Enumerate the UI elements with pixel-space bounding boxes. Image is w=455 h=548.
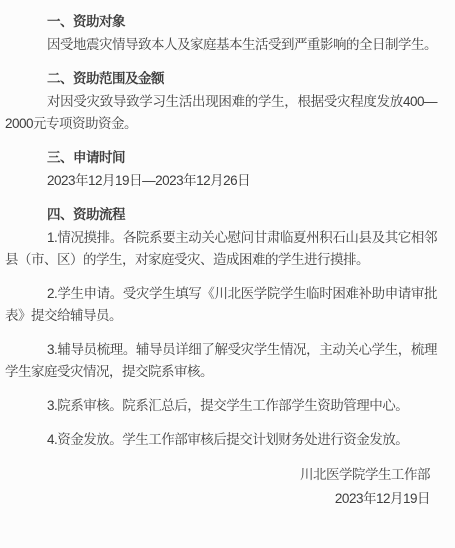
process-step: 1.情况摸排。各院系要主动关心慰问甘肃临夏州积石山县及其它相邻县（市、区）的学生… [5, 227, 437, 271]
section-funding-process: 四、资助流程 1.情况摸排。各院系要主动关心慰问甘肃临夏州积石山县及其它相邻县（… [5, 204, 437, 451]
process-step: 3.辅导员梳理。辅导员详细了解受灾学生情况，主动关心学生，梳理学生家庭受灾情况，… [5, 339, 437, 383]
paragraph: 对因受灾致导致学习生活出现困难的学生，根据受灾程度发放400—2000元专项资助… [5, 91, 437, 135]
signature-date: 2023年12月19日 [5, 487, 430, 511]
section-funding-target: 一、资助对象 因受地震灾情导致本人及家庭基本生活受到严重影响的全日制学生。 [5, 11, 437, 56]
section-heading: 四、资助流程 [5, 204, 437, 226]
process-step: 2.学生申请。受灾学生填写《川北医学院学生临时困难补助申请审批表》提交给辅导员。 [5, 283, 437, 327]
paragraph: 2023年12月19日—2023年12月26日 [5, 170, 437, 192]
notice-document: 一、资助对象 因受地震灾情导致本人及家庭基本生活受到严重影响的全日制学生。 二、… [0, 0, 455, 548]
process-step: 3.院系审核。院系汇总后，提交学生工作部学生资助管理中心。 [5, 395, 437, 417]
paragraph: 因受地震灾情导致本人及家庭基本生活受到严重影响的全日制学生。 [5, 34, 437, 56]
section-heading: 三、申请时间 [5, 147, 437, 169]
section-application-time: 三、申请时间 2023年12月19日—2023年12月26日 [5, 147, 437, 192]
section-funding-scope-amount: 二、资助范围及金额 对因受灾致导致学习生活出现困难的学生，根据受灾程度发放400… [5, 68, 437, 135]
process-step: 4.资金发放。学生工作部审核后提交计划财务处进行资金发放。 [5, 429, 437, 451]
section-heading: 二、资助范围及金额 [5, 68, 437, 90]
signature-block: 川北医学院学生工作部 2023年12月19日 [5, 463, 430, 511]
signature-organization: 川北医学院学生工作部 [5, 463, 430, 487]
section-heading: 一、资助对象 [5, 11, 437, 33]
